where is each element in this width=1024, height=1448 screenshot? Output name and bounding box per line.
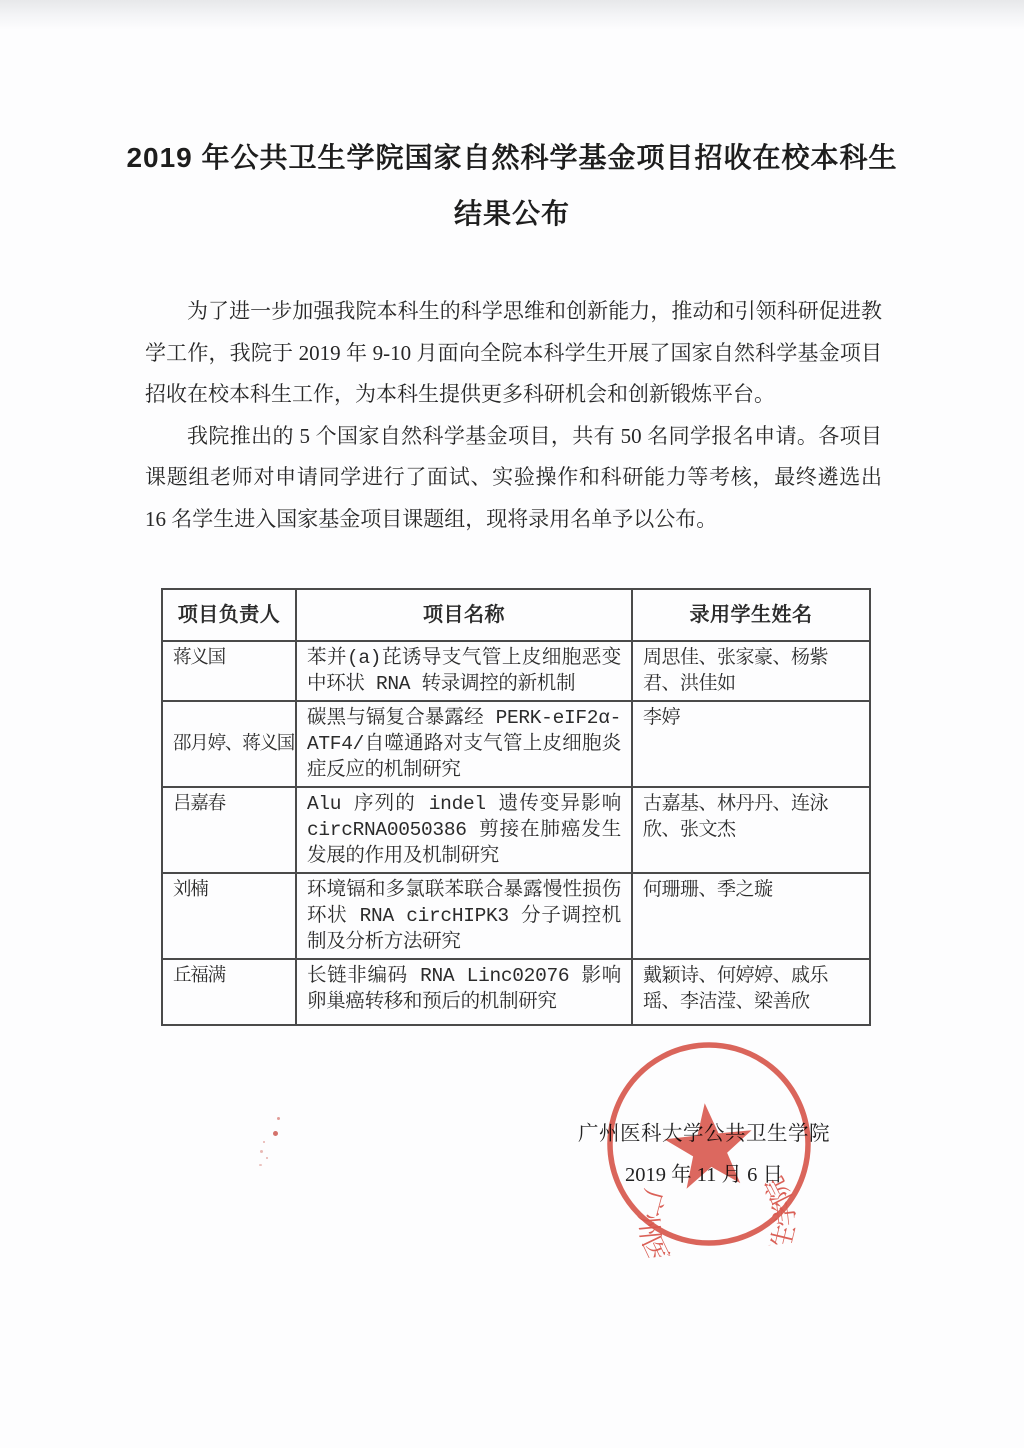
- document-title-line2: 结果公布: [0, 192, 1024, 232]
- ink-speckle: [273, 1131, 278, 1136]
- table-row: 蒋义国 苯并(a)芘诱导支气管上皮细胞恶变中环状 RNA 转录调控的新机制 周思…: [162, 641, 870, 701]
- project-cell: 环境镉和多氯联苯联合暴露慢性损伤环状 RNA circHIPK3 分子调控机制及…: [296, 873, 632, 959]
- paragraph-intro: 为了进一步加强我院本科生的科学思维和创新能力，推动和引领科研促进教学工作，我院于…: [145, 291, 882, 416]
- ink-speckle: [266, 1157, 268, 1159]
- official-red-seal: 广州医科大学公共卫生学院: [591, 1026, 826, 1261]
- header-project-leader: 项目负责人: [162, 589, 296, 641]
- ink-speckle: [277, 1117, 280, 1120]
- leader-cell: 吕嘉春: [162, 787, 296, 873]
- admission-results-table: 项目负责人 项目名称 录用学生姓名 蒋义国 苯并(a)芘诱导支气管上皮细胞恶变中…: [161, 588, 871, 1026]
- project-cell: Alu 序列的 indel 遗传变异影响 circRNA0050386 剪接在肺…: [296, 787, 632, 873]
- students-cell: 周思佳、张家豪、杨紫君、洪佳如: [632, 641, 870, 701]
- leader-cell: 丘福满: [162, 959, 296, 1025]
- document-title-line1: 2019 年公共卫生学院国家自然科学基金项目招收在校本科生: [0, 136, 1024, 176]
- scanned-document-page: 2019 年公共卫生学院国家自然科学基金项目招收在校本科生 结果公布 为了进一步…: [0, 0, 1024, 1448]
- students-cell: 何珊珊、季之璇: [632, 873, 870, 959]
- ink-speckle: [263, 1141, 265, 1143]
- ink-speckle: [259, 1164, 262, 1166]
- leader-cell: 蒋义国: [162, 641, 296, 701]
- scan-edge-shadow: [0, 0, 1024, 30]
- paragraph-results: 我院推出的 5 个国家自然科学基金项目，共有 50 名同学报名申请。各项目课题组…: [145, 416, 882, 541]
- project-cell: 苯并(a)芘诱导支气管上皮细胞恶变中环状 RNA 转录调控的新机制: [296, 641, 632, 701]
- students-cell: 古嘉基、林丹丹、连泳欣、张文杰: [632, 787, 870, 873]
- table-row: 刘楠 环境镉和多氯联苯联合暴露慢性损伤环状 RNA circHIPK3 分子调控…: [162, 873, 870, 959]
- students-cell: 李婷: [632, 701, 870, 787]
- project-cell: 碳黑与镉复合暴露经 PERK-eIF2α-ATF4/自噬通路对支气管上皮细胞炎症…: [296, 701, 632, 787]
- leader-cell: 刘楠: [162, 873, 296, 959]
- table-row: 邵月婷、蒋义国 碳黑与镉复合暴露经 PERK-eIF2α-ATF4/自噬通路对支…: [162, 701, 870, 787]
- seal-ring-text: 广州医科大学公共卫生学院: [630, 1170, 809, 1262]
- table-header-row: 项目负责人 项目名称 录用学生姓名: [162, 589, 870, 641]
- students-cell: 戴颖诗、何婷婷、戚乐瑶、李洁滢、梁善欣: [632, 959, 870, 1025]
- table-row: 吕嘉春 Alu 序列的 indel 遗传变异影响 circRNA0050386 …: [162, 787, 870, 873]
- body-text: 为了进一步加强我院本科生的科学思维和创新能力，推动和引领科研促进教学工作，我院于…: [145, 291, 882, 540]
- header-project-name: 项目名称: [296, 589, 632, 641]
- table-row: 丘福满 长链非编码 RNA Linc02076 影响卵巢癌转移和预后的机制研究 …: [162, 959, 870, 1025]
- leader-cell: 邵月婷、蒋义国: [162, 701, 296, 787]
- project-cell: 长链非编码 RNA Linc02076 影响卵巢癌转移和预后的机制研究: [296, 959, 632, 1025]
- ink-speckle: [260, 1150, 263, 1153]
- star-icon: [661, 1099, 757, 1191]
- header-admitted-students: 录用学生姓名: [632, 589, 870, 641]
